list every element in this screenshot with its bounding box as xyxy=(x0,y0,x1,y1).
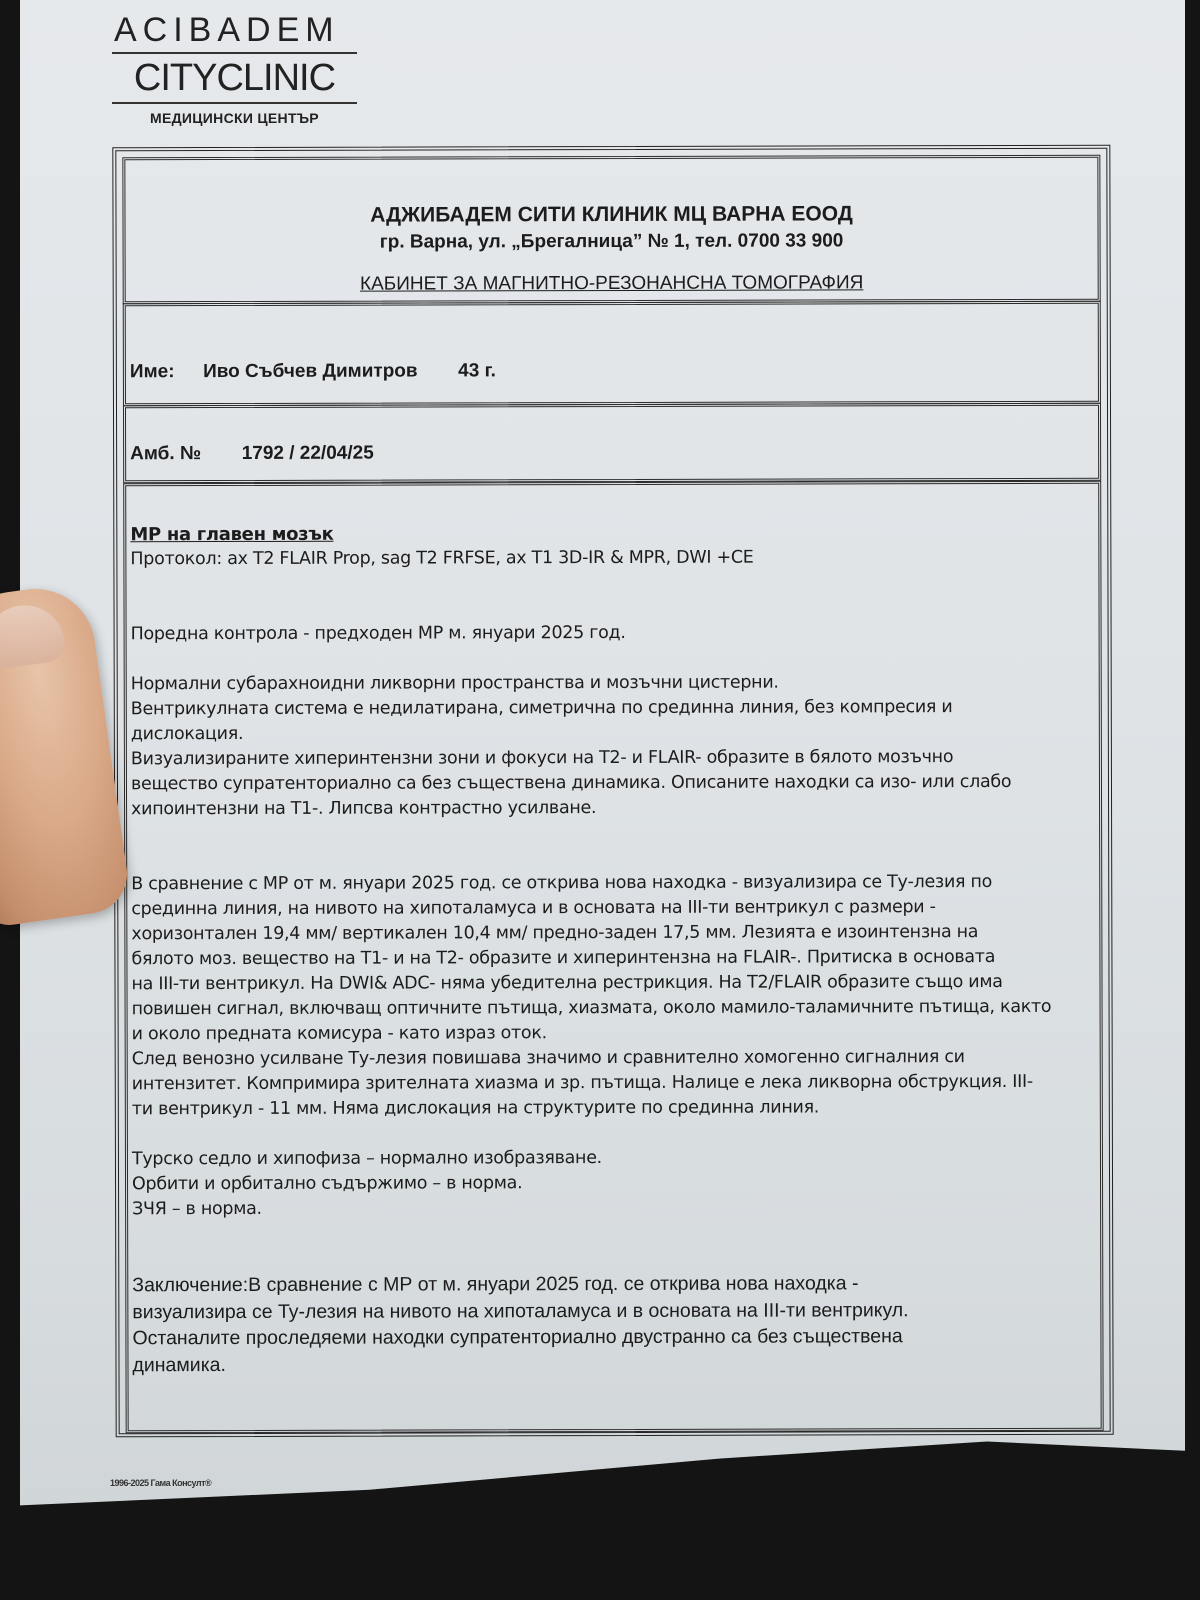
page-number: 1 / 2 xyxy=(1123,1462,1150,1478)
findings-paragraph-2: В сравнение с МР от м. януари 2025 год. … xyxy=(131,870,1100,1123)
software-copyright: 1996-2025 Гама Консулт® xyxy=(110,1478,211,1488)
organization-address: гр. Варна, ул. „Брегалница” № 1, тел. 07… xyxy=(126,230,1098,255)
report-body: МР на главен мозък Протокол: ax T2 FLAIR… xyxy=(123,481,1103,1434)
document-page: ACIBADEM CITYCLINIC МЕДИЦИНСКИ ЦЕНТЪР АД… xyxy=(20,0,1185,1560)
report-frame: АДЖИБАДЕМ СИТИ КЛИНИК МЦ ВАРНА ЕООД гр. … xyxy=(112,145,1113,1438)
findings-paragraph-1: Нормални субарахноидни ликворни простран… xyxy=(131,670,1099,823)
organization-name: АДЖИБАДЕМ СИТИ КЛИНИК МЦ ВАРНА ЕООД xyxy=(125,202,1097,229)
amb-number: 1792 / 22/04/25 xyxy=(242,443,374,464)
name-label: Име: xyxy=(130,361,175,382)
findings-paragraph-3: Турско седло и хипофиза – нормално изобр… xyxy=(132,1145,1100,1223)
clinic-logo: ACIBADEM CITYCLINIC МЕДИЦИНСКИ ЦЕНТЪР xyxy=(112,10,357,126)
context-line: Поредна контрола - предходен МР м. януар… xyxy=(131,620,1099,648)
department-name: КАБИНЕТ ЗА МАГНИТНО-РЕЗОНАНСНА ТОМОГРАФИ… xyxy=(126,272,1098,297)
record-section: Амб. № 1792 / 22/04/25 xyxy=(123,403,1101,484)
logo-divider xyxy=(112,52,357,54)
patient-section: Име: Иво Събчев Димитров 43 г. xyxy=(123,301,1101,407)
patient-name: Иво Събчев Димитров xyxy=(203,361,418,383)
protocol-line: Протокол: ax T2 FLAIR Prop, sag T2 FRFSE… xyxy=(130,545,1098,573)
thumbnail xyxy=(0,600,67,671)
logo-brand: ACIBADEM xyxy=(112,10,357,50)
amb-label: Амб. № xyxy=(130,443,201,464)
conclusion: Заключение:В сравнение с МР от м. януари… xyxy=(132,1270,1100,1379)
record-field: Амб. № 1792 / 22/04/25 xyxy=(130,443,374,466)
patient-field: Име: Иво Събчев Димитров 43 г. xyxy=(130,360,496,383)
patient-age: 43 г. xyxy=(458,360,496,381)
exam-title: МР на главен мозък xyxy=(130,520,1098,548)
logo-clinic-name: CITYCLINIC xyxy=(112,56,357,100)
logo-subtitle: МЕДИЦИНСКИ ЦЕНТЪР xyxy=(112,110,357,126)
logo-divider xyxy=(112,102,357,104)
report-header: АДЖИБАДЕМ СИТИ КЛИНИК МЦ ВАРНА ЕООД гр. … xyxy=(122,155,1100,305)
